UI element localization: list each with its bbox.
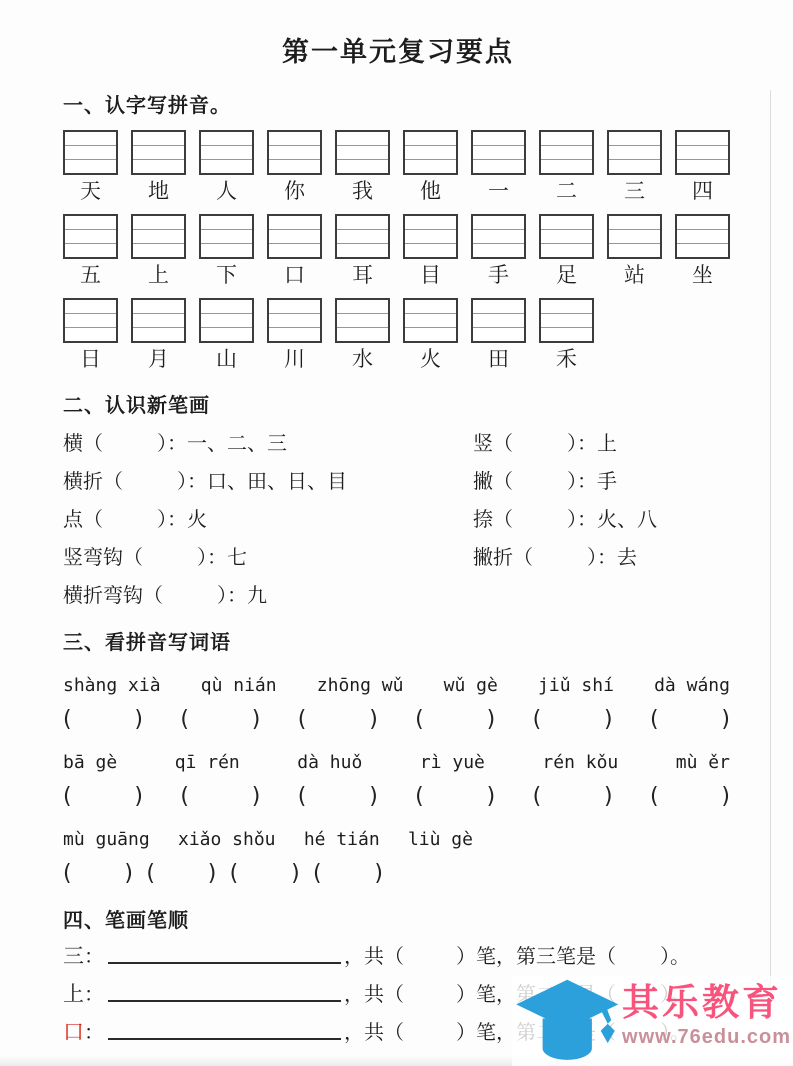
pinyin-writing-box	[471, 298, 526, 343]
pinyin-box-band	[337, 244, 388, 257]
character-cell: 他	[403, 130, 458, 205]
character-cell: 水	[335, 298, 390, 373]
stroke-count-unit: ）笔，	[456, 1021, 516, 1045]
target-character: 口	[63, 1021, 84, 1045]
pinyin-word: mù ěr	[676, 752, 730, 773]
stroke-count-unit: ）笔，	[456, 983, 516, 1007]
pinyin-box-band	[65, 230, 116, 244]
pinyin-writing-box	[675, 130, 730, 175]
character-label: 目	[420, 262, 441, 289]
pinyin-box-band	[473, 328, 524, 341]
pinyin-word: hé tián	[304, 829, 380, 850]
character-label: 他	[420, 178, 441, 205]
pinyin-word: dà wáng	[654, 675, 730, 696]
paren-open: (	[230, 861, 239, 886]
stroke-row: 横折弯钩（）：九	[63, 584, 733, 608]
stroke-item: 点（）：火	[63, 508, 473, 532]
pinyin-box-band	[269, 300, 320, 314]
character-cell: 山	[199, 298, 254, 373]
answer-paren-row: ()()()()	[63, 861, 383, 886]
pinyin-box-band	[405, 244, 456, 257]
stroke-item: 横折弯钩（）：九	[63, 584, 473, 608]
pinyin-box-band	[201, 328, 252, 341]
pinyin-writing-box	[335, 298, 390, 343]
stroke-name: 竖（	[473, 433, 513, 455]
pinyin-writing-box	[131, 214, 186, 259]
stroke-item: 横折（）：口、田、日、目	[63, 470, 473, 494]
paren-close: )	[374, 861, 383, 886]
stroke-examples: ）：去	[587, 547, 637, 569]
pinyin-box-band	[541, 132, 592, 146]
character-label: 二	[556, 178, 577, 205]
pinyin-box-band	[405, 314, 456, 328]
character-cell: 三	[607, 130, 662, 205]
stroke-name: 撇（	[473, 471, 513, 493]
stroke-examples: ）：一、二、三	[157, 433, 287, 455]
stroke-name: 竖弯钩（	[63, 547, 143, 569]
pinyin-box-band	[337, 230, 388, 244]
paren-close: )	[604, 784, 613, 809]
section3-heading: 三、看拼音写词语	[63, 626, 733, 655]
paren-open: (	[146, 861, 155, 886]
pinyin-word: qī rén	[175, 752, 240, 773]
character-cell: 下	[199, 214, 254, 289]
paren-open: (	[63, 861, 72, 886]
answer-parens: ()	[180, 707, 260, 732]
pinyin-box-band	[201, 314, 252, 328]
paren-close: )	[487, 707, 496, 732]
answer-parens: ()	[650, 784, 730, 809]
character-label: 我	[352, 178, 373, 205]
paren-close: )	[252, 784, 261, 809]
character-row: 天地人你我他一二三四	[63, 130, 733, 205]
pinyin-writing-box	[675, 214, 730, 259]
pinyin-box-band	[133, 300, 184, 314]
character-label: 川	[284, 346, 305, 373]
character-label: 上	[148, 262, 169, 289]
character-cell: 天	[63, 130, 118, 205]
pinyin-box-band	[133, 328, 184, 341]
paren-open: (	[313, 861, 322, 886]
answer-parens: ()	[415, 784, 495, 809]
pinyin-box-band	[541, 216, 592, 230]
character-label: 下	[216, 262, 237, 289]
character-cell: 你	[267, 130, 322, 205]
stroke-name: 横（	[63, 433, 103, 455]
colon: ：	[84, 983, 104, 1007]
answer-parens: ()	[298, 707, 378, 732]
pinyin-word: qù nián	[201, 675, 277, 696]
paren-open: (	[533, 707, 542, 732]
pinyin-box-band	[133, 314, 184, 328]
character-label: 耳	[352, 262, 373, 289]
character-row: 五上下口耳目手足站坐	[63, 214, 733, 289]
pinyin-word-row: mù guāngxiǎo shǒuhé tiánliù gè	[63, 829, 473, 850]
pinyin-writing-box	[403, 298, 458, 343]
pinyin-box-band	[473, 244, 524, 257]
stroke-order-line: 三：，共（）笔，第三笔是（）。	[63, 945, 733, 969]
character-cell: 一	[471, 130, 526, 205]
character-cell: 耳	[335, 214, 390, 289]
graduation-cap-icon	[516, 978, 622, 1066]
paren-open: (	[298, 784, 307, 809]
pinyin-writing-box	[267, 298, 322, 343]
paren-open: (	[415, 784, 424, 809]
pinyin-box-band	[541, 244, 592, 257]
answer-parens: ()	[415, 707, 495, 732]
pinyin-box-band	[677, 146, 728, 160]
stroke-examples: ）：火	[157, 509, 207, 531]
character-cell: 四	[675, 130, 730, 205]
pinyin-word: xiǎo shǒu	[178, 829, 276, 850]
pinyin-writing-box	[199, 214, 254, 259]
character-cell: 禾	[539, 298, 594, 373]
pinyin-box-band	[201, 244, 252, 257]
pinyin-writing-box	[607, 130, 662, 175]
answer-parens: ()	[63, 784, 143, 809]
character-label: 地	[148, 178, 169, 205]
pinyin-box-band	[473, 216, 524, 230]
pinyin-box-band	[541, 146, 592, 160]
character-cell: 口	[267, 214, 322, 289]
stroke-examples: ）：口、田、日、目	[177, 471, 347, 493]
paren-open: (	[63, 784, 72, 809]
paren-close: )	[252, 707, 261, 732]
which-stroke-text: 第三笔是（	[516, 945, 616, 969]
pinyin-word-row: shàng xiàqù niánzhōng wǔwǔ gèjiǔ shídà w…	[63, 675, 730, 696]
pinyin-box-band	[269, 160, 320, 173]
pinyin-box-band	[541, 230, 592, 244]
stroke-row: 横（）：一、二、三竖（）：上	[63, 432, 733, 456]
paren-close: )	[369, 784, 378, 809]
character-label: 三	[624, 178, 645, 205]
pinyin-writing-box	[199, 298, 254, 343]
pinyin-box-band	[269, 328, 320, 341]
pinyin-box-band	[405, 230, 456, 244]
character-label: 山	[216, 346, 237, 373]
pinyin-word: bā gè	[63, 752, 117, 773]
character-label: 日	[80, 346, 101, 373]
character-row: 日月山川水火田禾	[63, 298, 733, 373]
pinyin-writing-box	[199, 130, 254, 175]
pinyin-box-band	[405, 216, 456, 230]
pinyin-writing-box	[403, 130, 458, 175]
pinyin-writing-box	[267, 130, 322, 175]
paren-close: )	[134, 707, 143, 732]
pinyin-writing-box	[131, 298, 186, 343]
paren-open: (	[533, 784, 542, 809]
section2-heading: 二、认识新笔画	[63, 389, 733, 418]
pinyin-word: mù guāng	[63, 829, 150, 850]
answer-paren-row: ()()()()()()	[63, 784, 730, 809]
pinyin-writing-box	[267, 214, 322, 259]
paren-open: (	[63, 707, 72, 732]
character-cell: 川	[267, 298, 322, 373]
pinyin-box-band	[201, 216, 252, 230]
pinyin-box-band	[609, 230, 660, 244]
paren-close: )	[487, 784, 496, 809]
pinyin-box-band	[337, 328, 388, 341]
pinyin-box-band	[133, 216, 184, 230]
paren-open: (	[650, 784, 659, 809]
stroke-count-unit: ）笔，	[456, 945, 516, 969]
answer-parens: ()	[63, 861, 133, 886]
paren-open: (	[180, 784, 189, 809]
answer-parens: ()	[63, 707, 143, 732]
target-character: 上	[63, 983, 84, 1007]
stroke-order-blank-line	[108, 961, 341, 964]
line-end: ）。	[660, 945, 690, 969]
pinyin-box-band	[609, 132, 660, 146]
stroke-row: 横折（）：口、田、日、目撇（）：手	[63, 470, 733, 494]
watermark-brand: 其乐教育	[622, 984, 791, 1023]
stroke-count-text: ，共（	[344, 983, 404, 1007]
character-label: 火	[420, 346, 441, 373]
stroke-examples: ）：九	[217, 585, 267, 607]
pinyin-word: rén kǒu	[542, 752, 618, 773]
pinyin-box-band	[269, 132, 320, 146]
pinyin-word: jiǔ shí	[538, 675, 614, 696]
character-cell: 目	[403, 214, 458, 289]
paren-close: )	[291, 861, 300, 886]
character-label: 四	[692, 178, 713, 205]
answer-parens: ()	[298, 784, 378, 809]
stroke-examples: ）：火、八	[567, 509, 657, 531]
pinyin-word: rì yuè	[420, 752, 485, 773]
pinyin-box-band	[65, 132, 116, 146]
pinyin-box-band	[405, 132, 456, 146]
pinyin-writing-box	[63, 214, 118, 259]
character-label: 一	[488, 178, 509, 205]
section1-heading: 一、认字写拼音。	[63, 89, 733, 118]
stroke-count-text: ，共（	[344, 1021, 404, 1045]
paren-close: )	[721, 784, 730, 809]
colon: ：	[84, 945, 104, 969]
pinyin-box-band	[65, 314, 116, 328]
pinyin-word: dà huǒ	[297, 752, 362, 773]
pinyin-box-band	[677, 244, 728, 257]
pinyin-writing-box	[471, 214, 526, 259]
character-cell: 火	[403, 298, 458, 373]
character-label: 水	[352, 346, 373, 373]
pinyin-box-band	[65, 328, 116, 341]
character-cell: 人	[199, 130, 254, 205]
pinyin-box-band	[473, 300, 524, 314]
target-character: 三	[63, 945, 84, 969]
answer-parens: ()	[533, 707, 613, 732]
pinyin-writing-box	[539, 214, 594, 259]
pinyin-box-band	[541, 328, 592, 341]
pinyin-box-band	[405, 300, 456, 314]
pinyin-box-band	[269, 230, 320, 244]
character-cell: 坐	[675, 214, 730, 289]
stroke-name: 横折（	[63, 471, 123, 493]
stroke-item: 横（）：一、二、三	[63, 432, 473, 456]
pinyin-writing-box	[403, 214, 458, 259]
character-cell: 足	[539, 214, 594, 289]
pinyin-box-band	[609, 244, 660, 257]
paren-open: (	[180, 707, 189, 732]
pinyin-box-band	[541, 300, 592, 314]
pinyin-writing-box	[63, 130, 118, 175]
stroke-item: 竖弯钩（）：七	[63, 546, 473, 570]
pinyin-writing-box	[335, 130, 390, 175]
character-label: 五	[80, 262, 101, 289]
stroke-item: 撇（）：手	[473, 470, 617, 494]
watermark: 其乐教育 www.76edu.com	[512, 976, 793, 1066]
pinyin-box-band	[405, 328, 456, 341]
character-cell: 站	[607, 214, 662, 289]
character-cell: 二	[539, 130, 594, 205]
pinyin-box-band	[65, 244, 116, 257]
pinyin-box-band	[65, 160, 116, 173]
stroke-item: 竖（）：上	[473, 432, 617, 456]
pinyin-word-row: bā gèqī réndà huǒrì yuèrén kǒumù ěr	[63, 752, 730, 773]
character-label: 田	[488, 346, 509, 373]
pinyin-writing-box	[335, 214, 390, 259]
pinyin-box-band	[337, 146, 388, 160]
character-cell: 我	[335, 130, 390, 205]
stroke-examples: ）：手	[567, 471, 617, 493]
character-cell: 五	[63, 214, 118, 289]
paren-open: (	[650, 707, 659, 732]
pinyin-box-band	[677, 160, 728, 173]
pinyin-word: shàng xià	[63, 675, 161, 696]
section4-heading: 四、笔画笔顺	[63, 904, 733, 933]
new-strokes-section: 横（）：一、二、三竖（）：上横折（）：口、田、日、目撇（）：手点（）：火捺（）：…	[63, 432, 733, 608]
pinyin-word: wǔ gè	[444, 675, 498, 696]
pinyin-box-band	[269, 244, 320, 257]
answer-parens: ()	[313, 861, 383, 886]
answer-parens: ()	[180, 784, 260, 809]
pinyin-writing-box	[607, 214, 662, 259]
pinyin-box-band	[473, 230, 524, 244]
stroke-order-blank-line	[108, 999, 341, 1002]
watermark-url: www.76edu.com	[622, 1026, 791, 1049]
pinyin-box-band	[201, 300, 252, 314]
answer-parens: ()	[230, 861, 300, 886]
pinyin-box-band	[541, 314, 592, 328]
character-label: 站	[624, 262, 645, 289]
pinyin-box-band	[201, 146, 252, 160]
stroke-row: 竖弯钩（）：七撇折（）：去	[63, 546, 733, 570]
paren-close: )	[604, 707, 613, 732]
pinyin-box-band	[677, 216, 728, 230]
pinyin-box-band	[201, 230, 252, 244]
character-cell: 月	[131, 298, 186, 373]
pinyin-box-band	[337, 314, 388, 328]
character-label: 天	[80, 178, 101, 205]
pinyin-box-band	[65, 300, 116, 314]
character-cell: 田	[471, 298, 526, 373]
paren-open: (	[415, 707, 424, 732]
pinyin-box-band	[201, 132, 252, 146]
character-cell: 地	[131, 130, 186, 205]
pinyin-writing-box	[131, 130, 186, 175]
character-label: 足	[556, 262, 577, 289]
pinyin-box-band	[65, 146, 116, 160]
character-label: 你	[284, 178, 305, 205]
answer-parens: ()	[146, 861, 216, 886]
pinyin-box-band	[65, 216, 116, 230]
pinyin-box-band	[405, 146, 456, 160]
stroke-order-blank-line	[108, 1037, 341, 1040]
pinyin-box-band	[337, 132, 388, 146]
pinyin-box-band	[133, 160, 184, 173]
pinyin-writing-box	[471, 130, 526, 175]
pinyin-word: liù gè	[408, 829, 473, 850]
pinyin-box-band	[473, 146, 524, 160]
paren-close: )	[124, 861, 133, 886]
character-cell: 上	[131, 214, 186, 289]
stroke-item: 撇折（）：去	[473, 546, 637, 570]
pinyin-box-band	[405, 160, 456, 173]
pinyin-box-band	[609, 160, 660, 173]
stroke-examples: ）：上	[567, 433, 617, 455]
pinyin-box-band	[337, 160, 388, 173]
stroke-row: 点（）：火捺（）：火、八	[63, 508, 733, 532]
worksheet-page: 第一单元复习要点 一、认字写拼音。 天地人你我他一二三四五上下口耳目手足站坐日月…	[0, 0, 793, 1066]
pinyin-box-band	[133, 132, 184, 146]
colon: ：	[84, 1021, 104, 1045]
character-cell: 日	[63, 298, 118, 373]
character-label: 月	[148, 346, 169, 373]
pinyin-box-band	[473, 160, 524, 173]
pinyin-box-band	[133, 230, 184, 244]
pinyin-box-band	[269, 146, 320, 160]
character-label: 手	[488, 262, 509, 289]
pinyin-box-band	[473, 314, 524, 328]
stroke-count-text: ，共（	[344, 945, 404, 969]
stroke-name: 捺（	[473, 509, 513, 531]
pinyin-box-band	[677, 230, 728, 244]
pinyin-box-band	[133, 244, 184, 257]
pinyin-box-band	[473, 132, 524, 146]
pinyin-box-band	[337, 300, 388, 314]
worksheet-content: 第一单元复习要点 一、认字写拼音。 天地人你我他一二三四五上下口耳目手足站坐日月…	[0, 0, 793, 1045]
pinyin-writing-box	[539, 298, 594, 343]
character-label: 禾	[556, 346, 577, 373]
paren-close: )	[208, 861, 217, 886]
pinyin-writing-box	[63, 298, 118, 343]
stroke-name: 撇折（	[473, 547, 533, 569]
pinyin-box-band	[133, 146, 184, 160]
pinyin-word: zhōng wǔ	[317, 675, 404, 696]
stroke-name: 横折弯钩（	[63, 585, 163, 607]
stroke-item: 捺（）：火、八	[473, 508, 657, 532]
answer-parens: ()	[533, 784, 613, 809]
pinyin-box-band	[201, 160, 252, 173]
paren-close: )	[134, 784, 143, 809]
page-edge-line	[770, 90, 771, 1011]
character-label: 口	[284, 262, 305, 289]
pinyin-box-band	[269, 216, 320, 230]
pinyin-box-band	[609, 146, 660, 160]
pinyin-writing-box	[539, 130, 594, 175]
pinyin-box-band	[337, 216, 388, 230]
character-label: 坐	[692, 262, 713, 289]
pinyin-box-band	[609, 216, 660, 230]
pinyin-box-band	[677, 132, 728, 146]
answer-paren-row: ()()()()()()	[63, 707, 730, 732]
stroke-examples: ）：七	[197, 547, 247, 569]
pinyin-to-words-section: shàng xiàqù niánzhōng wǔwǔ gèjiǔ shídà w…	[63, 675, 733, 886]
paren-close: )	[369, 707, 378, 732]
watermark-text: 其乐教育 www.76edu.com	[622, 978, 791, 1049]
paren-close: )	[721, 707, 730, 732]
page-title: 第一单元复习要点	[63, 30, 733, 69]
stroke-name: 点（	[63, 509, 103, 531]
